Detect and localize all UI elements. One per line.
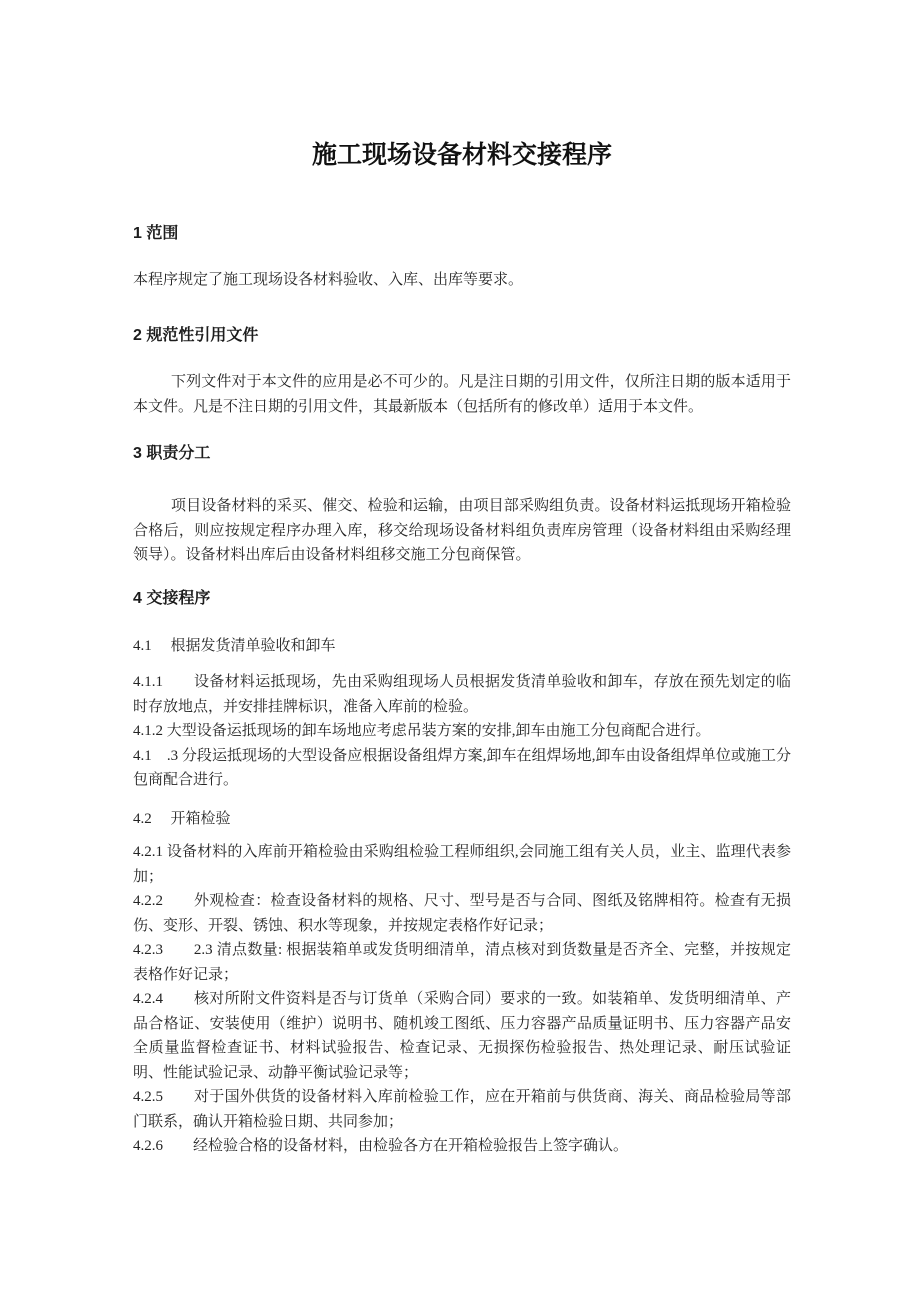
clause-group-4-2: 4.2.1 设备材料的入库前开箱检验由采购组检验工程师组织,会同施工组有关人员，… bbox=[133, 840, 791, 1159]
document-page: 施工现场设备材料交接程序 1 范围 本程序规定了施工现场设各材料验收、入库、出库… bbox=[0, 0, 920, 1301]
clause-4-1-1: 4.1.1 设备材料运抵现场，先由采购组现场人员根据发货清单验收和卸车，存放在预… bbox=[133, 670, 791, 719]
section-heading-handover-procedure: 4 交接程序 bbox=[133, 587, 791, 611]
section-heading-references: 2 规范性引用文件 bbox=[133, 324, 791, 348]
section-heading-responsibilities: 3 职责分工 bbox=[133, 442, 791, 466]
clause-4-2-1: 4.2.1 设备材料的入库前开箱检验由采购组检验工程师组织,会同施工组有关人员，… bbox=[133, 840, 791, 889]
subsection-heading-4-2: 4.2 开箱检验 bbox=[133, 807, 791, 832]
paragraph-scope: 本程序规定了施工现场设各材料验收、入库、出库等要求。 bbox=[133, 268, 791, 293]
clause-4-2-4: 4.2.4 核对所附文件资料是否与订货单（采购合同）要求的一致。如装箱单、发货明… bbox=[133, 987, 791, 1085]
clause-4-2-2: 4.2.2 外观检查：检查设备材料的规格、尺寸、型号是否与合同、图纸及铭牌相符。… bbox=[133, 889, 791, 938]
paragraph-responsibilities: 项目设备材料的采买、催交、检验和运输，由项目部采购组负责。设备材料运抵现场开箱检… bbox=[133, 494, 791, 568]
document-title: 施工现场设备材料交接程序 bbox=[133, 139, 791, 171]
clause-4-1-3: 4.1 .3 分段运抵现场的大型设备应根据设备组焊方案,卸车在组焊场地,卸车由设… bbox=[133, 744, 791, 793]
paragraph-references: 下列文件对于本文件的应用是必不可少的。凡是注日期的引用文件，仅所注日期的版本适用… bbox=[133, 370, 791, 419]
section-heading-scope: 1 范围 bbox=[133, 222, 791, 246]
subsection-heading-4-1: 4.1 根据发货清单验收和卸车 bbox=[133, 634, 791, 659]
clause-4-2-3: 4.2.3 2.3 清点数量: 根据装箱单或发货明细清单，清点核对到货数量是否齐… bbox=[133, 938, 791, 987]
clause-4-2-6: 4.2.6 经检验合格的设备材料，由检验各方在开箱检验报告上签字确认。 bbox=[133, 1134, 791, 1159]
clause-group-4-1: 4.1.1 设备材料运抵现场，先由采购组现场人员根据发货清单验收和卸车，存放在预… bbox=[133, 670, 791, 793]
clause-4-1-2: 4.1.2 大型设备运抵现场的卸车场地应考虑吊装方案的安排,卸车由施工分包商配合… bbox=[133, 719, 791, 744]
clause-4-2-5: 4.2.5 对于国外供货的设备材料入库前检验工作，应在开箱前与供货商、海关、商品… bbox=[133, 1085, 791, 1134]
